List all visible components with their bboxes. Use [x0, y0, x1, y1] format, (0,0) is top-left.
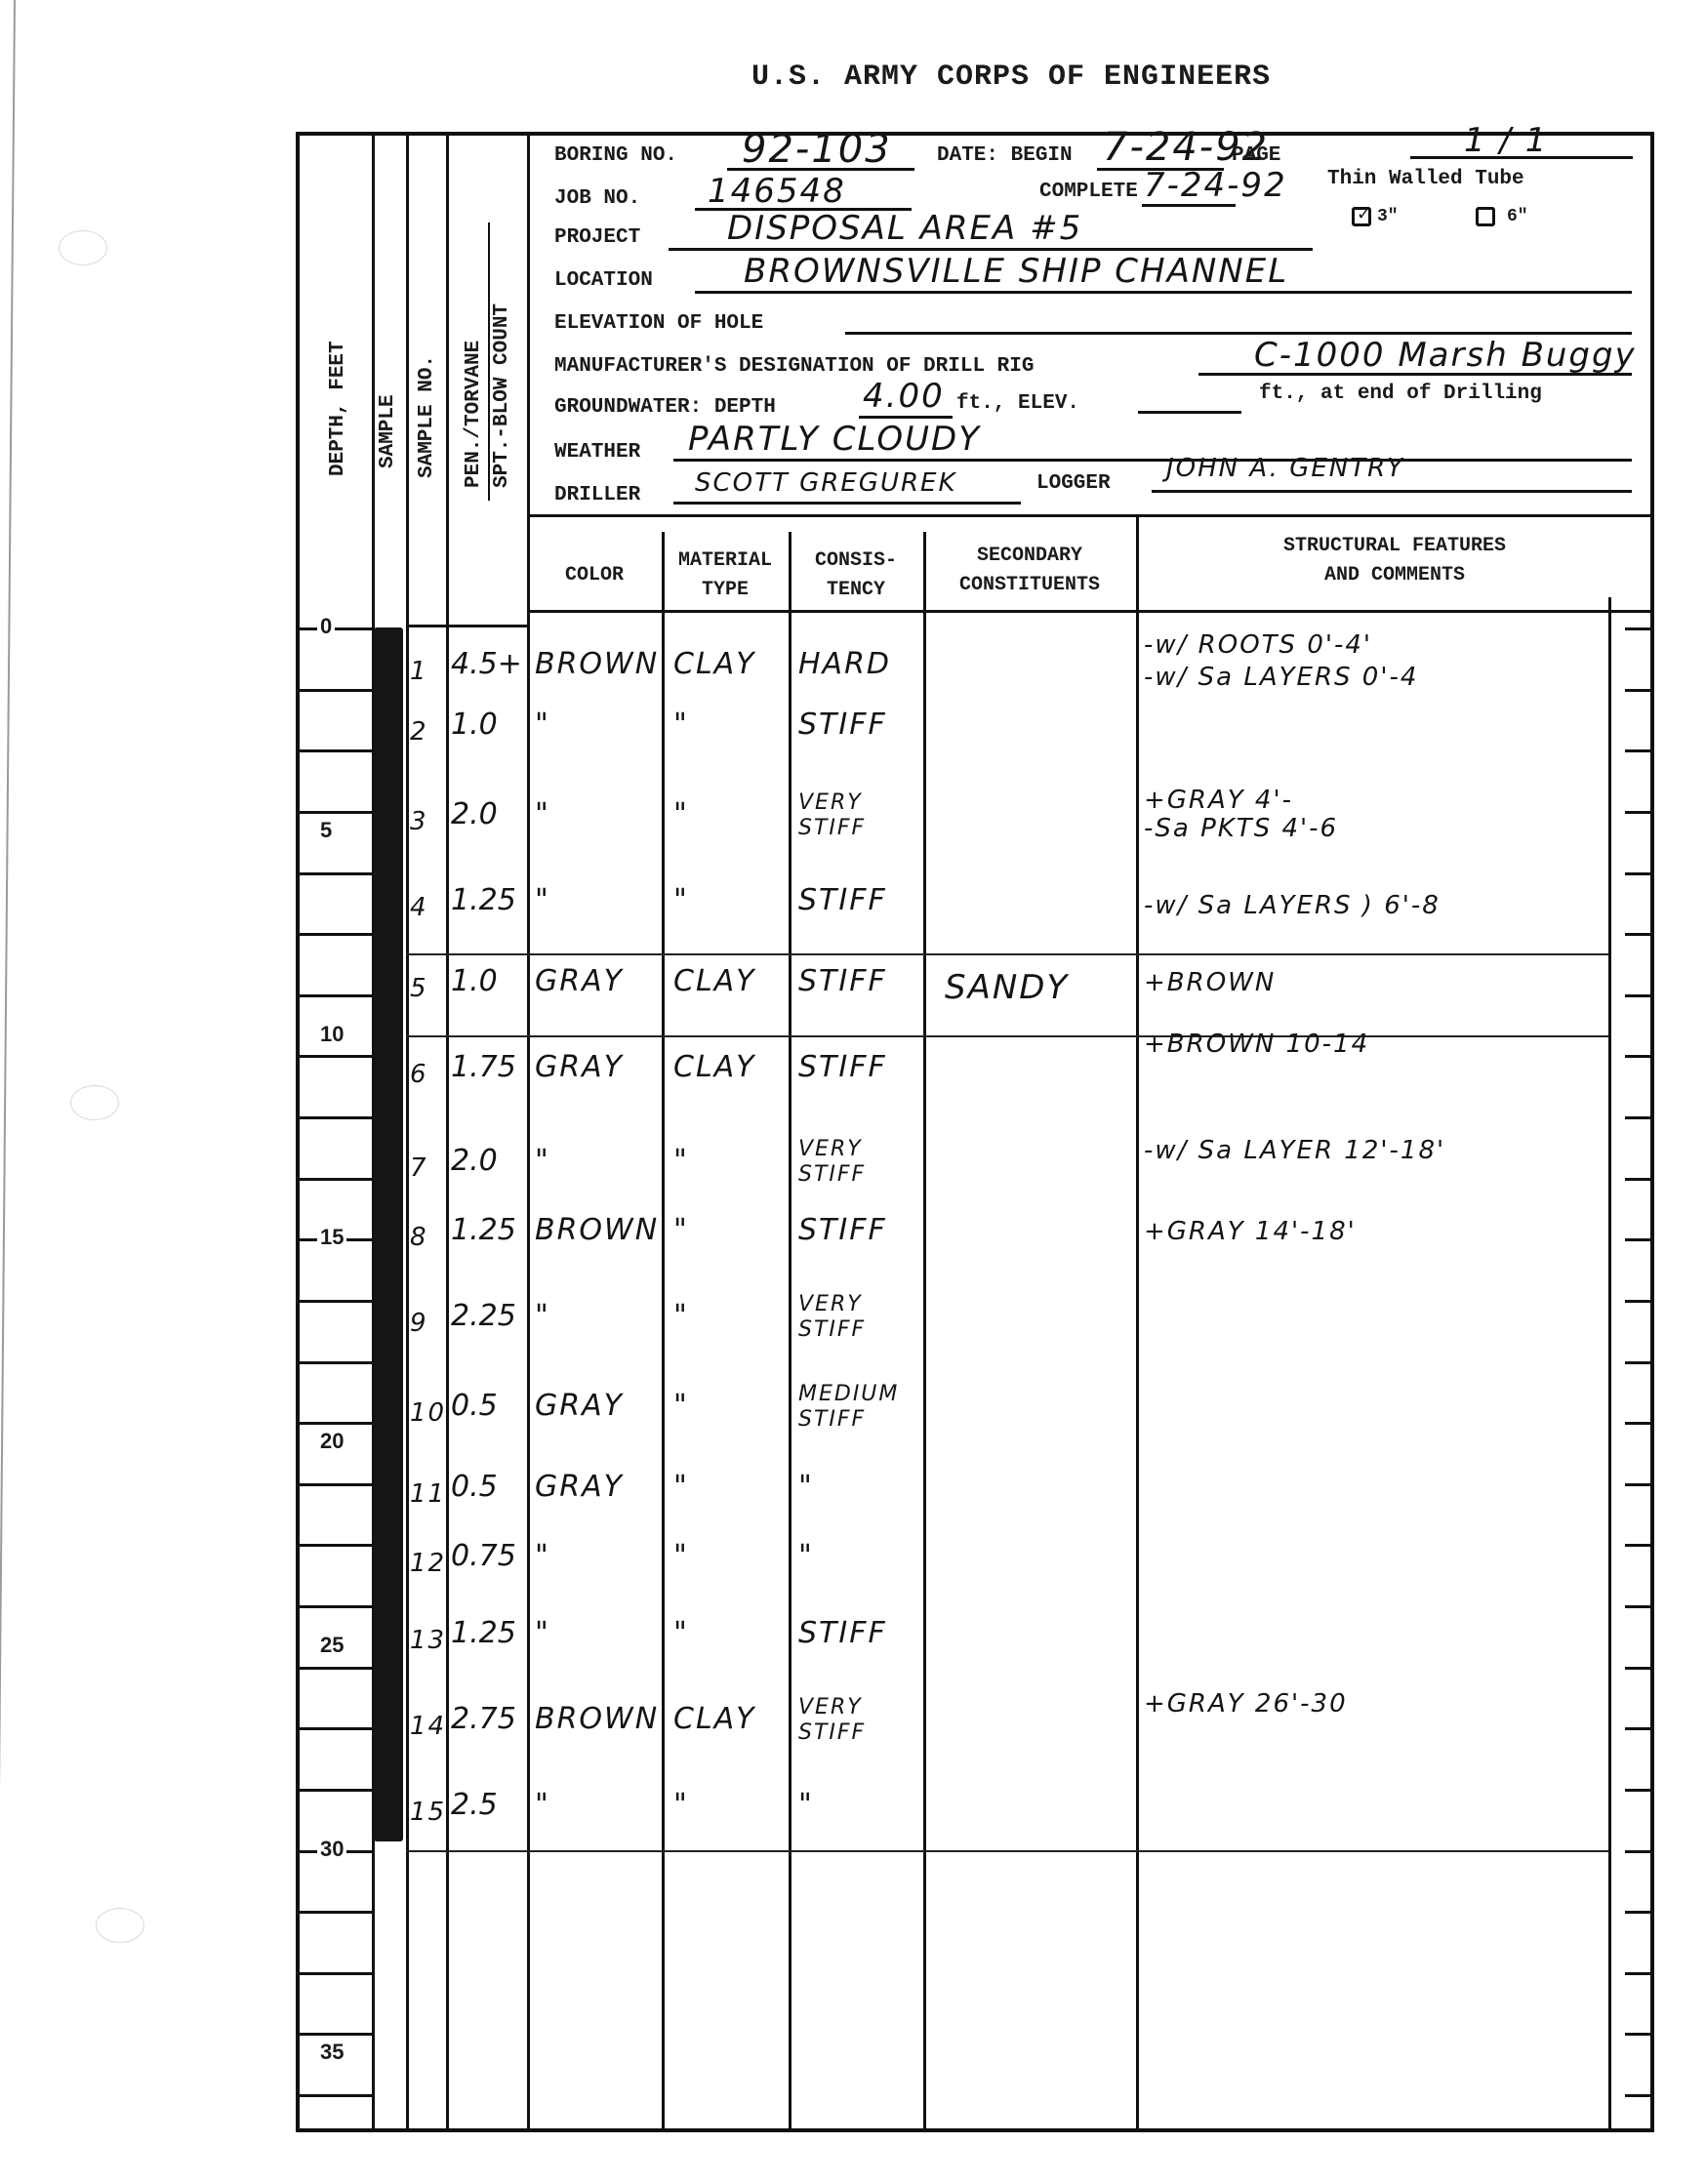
- pen-torvane-value[interactable]: 1.0: [451, 964, 498, 998]
- depth-tick: [1625, 1178, 1652, 1181]
- pen-torvane-value[interactable]: 1.25: [451, 1616, 516, 1650]
- depth-tick: [1625, 1544, 1652, 1547]
- material-type-value[interactable]: CLAY: [673, 964, 756, 998]
- project-value[interactable]: DISPOSAL AREA #5: [727, 209, 1082, 248]
- column-header-pen-torvane: PEN./TORVANE: [463, 341, 485, 488]
- depth-tick: [296, 811, 372, 814]
- secondary-header-line1: SECONDARY: [923, 542, 1136, 571]
- depth-tick: [296, 1727, 372, 1730]
- depth-label: 35: [317, 2040, 346, 2065]
- column-divider: [789, 532, 792, 2132]
- consistency-value[interactable]: STIFF: [798, 1163, 866, 1187]
- depth-tick: [296, 2033, 372, 2036]
- depth-label: 30: [317, 1837, 346, 1862]
- depth-tick: [296, 1667, 372, 1670]
- depth-tick: [1625, 811, 1652, 814]
- column-divider: [1608, 597, 1611, 2132]
- sample-no: 1: [410, 657, 428, 686]
- elevation-label: ELEVATION OF HOLE: [554, 312, 763, 335]
- consistency-value[interactable]: STIFF: [798, 1213, 887, 1247]
- depth-tick: [1625, 1972, 1652, 1975]
- column-header-sample-no: SAMPLE NO.: [416, 355, 438, 478]
- location-label: LOCATION: [554, 269, 653, 292]
- depth-tick: [296, 1300, 372, 1303]
- driller-label: DRILLER: [554, 484, 640, 506]
- consistency-value[interactable]: STIFF: [798, 883, 887, 917]
- pen-torvane-value[interactable]: 2.0: [451, 797, 498, 831]
- depth-tick: [1625, 994, 1652, 997]
- color-value[interactable]: ": [535, 1299, 550, 1333]
- pen-torvane-value[interactable]: 4.5+: [451, 647, 522, 681]
- structural-comment[interactable]: -w/ ROOTS 0'-4': [1144, 630, 1372, 660]
- weather-label: WEATHER: [554, 441, 640, 464]
- drill-rig-value[interactable]: C-1000 Marsh Buggy: [1254, 336, 1637, 375]
- pen-torvane-value[interactable]: 2.25: [451, 1299, 516, 1333]
- depth-tick: [296, 1422, 372, 1425]
- structural-comment[interactable]: +BROWN: [1144, 968, 1276, 997]
- checked-checkbox-icon[interactable]: ✓: [1352, 207, 1371, 226]
- stratum-boundary: [406, 1850, 1608, 1852]
- depth-tick: [1625, 2094, 1652, 2097]
- column-divider: [923, 532, 926, 2132]
- depth-tick: [1625, 1727, 1652, 1730]
- column-divider: [406, 132, 409, 2132]
- tube-6in-option[interactable]: 6": [1476, 207, 1528, 226]
- header-bottom-rule: [527, 514, 1654, 517]
- consistency-value[interactable]: ": [798, 1539, 814, 1573]
- depth-tick: [1625, 1789, 1652, 1792]
- depth-tick: [296, 1544, 372, 1547]
- field-underline: [859, 416, 953, 419]
- column-header-secondary: SECONDARY CONSTITUENTS: [923, 542, 1136, 600]
- column-divider: [446, 132, 449, 2132]
- color-value[interactable]: BROWN: [535, 1213, 659, 1247]
- field-underline: [727, 168, 914, 171]
- consistency-value[interactable]: VERY: [798, 1138, 863, 1161]
- material-type-value[interactable]: ": [673, 1299, 689, 1333]
- field-underline: [673, 502, 1021, 505]
- depth-tick: [1625, 749, 1652, 752]
- color-value[interactable]: GRAY: [535, 1389, 624, 1423]
- depth-label: 15: [317, 1225, 346, 1250]
- sample-no: 14: [410, 1712, 446, 1741]
- consistency-value[interactable]: STIFF: [798, 1050, 887, 1084]
- tube-3in-option[interactable]: ✓ 3": [1352, 207, 1399, 226]
- material-type-value[interactable]: ": [673, 883, 689, 917]
- consistency-value[interactable]: STIFF: [798, 1318, 866, 1342]
- pen-torvane-value[interactable]: 2.0: [451, 1144, 498, 1178]
- material-type-value[interactable]: ": [673, 1616, 689, 1650]
- field-underline: [1138, 411, 1241, 414]
- tube-3in-label: 3": [1377, 207, 1399, 226]
- depth-tick: [296, 1972, 372, 1975]
- structural-comment[interactable]: -Sa PKTS 4'-6: [1144, 814, 1338, 843]
- structural-comment[interactable]: +BROWN 10-14: [1144, 1030, 1369, 1059]
- material-type-value[interactable]: ": [673, 797, 689, 831]
- depth-tick: [1625, 872, 1652, 875]
- job-no-label: JOB NO.: [554, 187, 640, 210]
- consistency-value[interactable]: HARD: [798, 647, 891, 681]
- sample-no: 5: [410, 974, 428, 1003]
- depth-label: 10: [317, 1022, 346, 1047]
- groundwater-depth-value[interactable]: 4.00: [863, 377, 945, 416]
- consistency-value[interactable]: MEDIUM: [798, 1383, 899, 1406]
- groundwater-unit-label: ft., ELEV.: [956, 392, 1079, 415]
- consistency-value[interactable]: STIFF: [798, 1616, 887, 1650]
- structural-comment[interactable]: -w/ Sa LAYERS 0'-4: [1144, 663, 1418, 692]
- fraction-bar: [488, 222, 490, 501]
- tube-6in-label: 6": [1507, 207, 1528, 226]
- color-value[interactable]: BROWN: [535, 647, 659, 681]
- depth-tick: [296, 1055, 372, 1058]
- depth-tick: [1625, 2033, 1652, 2036]
- pen-torvane-value[interactable]: 1.0: [451, 708, 498, 742]
- material-type-value[interactable]: ": [673, 708, 689, 742]
- field-underline: [695, 291, 1632, 294]
- depth-label: 25: [317, 1633, 346, 1658]
- depth-tick: [296, 1911, 372, 1914]
- consistency-header-line1: CONSIS-: [789, 546, 923, 576]
- depth-tick: [1625, 1422, 1652, 1425]
- depth-tick: [296, 1789, 372, 1792]
- column-header-material-type: MATERIAL TYPE: [662, 546, 789, 605]
- depth-tick: [296, 1361, 372, 1364]
- consistency-value[interactable]: STIFF: [798, 1721, 866, 1745]
- depth-tick: [1625, 1483, 1652, 1486]
- sample-no: 3: [410, 807, 428, 836]
- field-underline: [673, 459, 1632, 462]
- material-type-value[interactable]: CLAY: [673, 1702, 756, 1736]
- depth-tick: [1625, 1361, 1652, 1364]
- material-type-value[interactable]: ": [673, 1539, 689, 1573]
- color-value[interactable]: ": [535, 1539, 550, 1573]
- structural-header-line1: STRUCTURAL FEATURES: [1136, 532, 1653, 561]
- depth-tick: [1625, 1850, 1652, 1853]
- sample-no: 11: [410, 1479, 446, 1509]
- sampled-interval-bar: [374, 627, 403, 1841]
- drill-rig-label: MANUFACTURER'S DESIGNATION OF DRILL RIG: [554, 355, 1034, 378]
- secondary-constituents-value[interactable]: SANDY: [945, 968, 1069, 1007]
- date-begin-label: DATE: BEGIN: [937, 144, 1073, 167]
- consistency-value[interactable]: STIFF: [798, 817, 866, 840]
- column-header-consistency: CONSIS- TENCY: [789, 546, 923, 605]
- structural-header-line2: AND COMMENTS: [1136, 561, 1653, 590]
- structural-comment[interactable]: +GRAY 4'-: [1144, 786, 1293, 815]
- field-underline: [1152, 490, 1632, 493]
- structural-comment[interactable]: +GRAY 14'-18': [1144, 1217, 1357, 1246]
- color-value[interactable]: GRAY: [535, 1050, 624, 1084]
- pen-torvane-value[interactable]: 1.25: [451, 1213, 516, 1247]
- depth-label: 20: [317, 1429, 346, 1454]
- page-value[interactable]: 1 / 1: [1464, 121, 1548, 160]
- sample-no: 2: [410, 717, 428, 747]
- consistency-value[interactable]: STIFF: [798, 964, 887, 998]
- color-value[interactable]: BROWN: [535, 1702, 659, 1736]
- consistency-value[interactable]: VERY: [798, 1293, 863, 1316]
- field-underline: [845, 332, 1632, 335]
- sample-no: 4: [410, 893, 428, 922]
- field-underline: [1410, 156, 1633, 159]
- boring-no-label: BORING NO.: [554, 144, 677, 167]
- structural-comment[interactable]: -w/ Sa LAYERS ) 6'-8: [1144, 891, 1441, 920]
- material-header-line1: MATERIAL: [662, 546, 789, 576]
- pen-torvane-value[interactable]: 2.75: [451, 1702, 516, 1736]
- driller-value[interactable]: SCOTT GREGUREK: [695, 468, 957, 498]
- depth-tick: [1625, 1116, 1652, 1119]
- project-label: PROJECT: [554, 226, 640, 249]
- depth-tick: [1625, 1055, 1652, 1058]
- stratum-boundary: [406, 1035, 1608, 1037]
- depth-tick: [1625, 1300, 1652, 1303]
- sample-no: 12: [410, 1549, 446, 1578]
- consistency-value[interactable]: STIFF: [798, 1408, 866, 1432]
- depth-label: 5: [317, 818, 335, 843]
- field-underline: [1142, 204, 1236, 207]
- depth-tick: [1625, 1911, 1652, 1914]
- column-header-color: COLOR: [527, 561, 662, 590]
- page-edge: [0, 0, 16, 2184]
- color-value[interactable]: ": [535, 1788, 550, 1822]
- hole-punch: [96, 1908, 144, 1943]
- material-type-value[interactable]: ": [673, 1470, 689, 1504]
- column-header-bottom-rule: [527, 610, 1654, 613]
- material-header-line2: TYPE: [662, 576, 789, 605]
- material-type-value[interactable]: ": [673, 1144, 689, 1178]
- depth-tick: [296, 933, 372, 936]
- material-type-value[interactable]: CLAY: [673, 1050, 756, 1084]
- logger-label: LOGGER: [1036, 472, 1111, 495]
- stratum-boundary: [406, 953, 1608, 955]
- hole-punch: [59, 230, 107, 265]
- pen-torvane-value[interactable]: 1.75: [451, 1050, 516, 1084]
- depth-tick: [296, 1483, 372, 1486]
- depth-tick: [1625, 933, 1652, 936]
- boring-no-value[interactable]: 92-103: [742, 127, 892, 172]
- checkbox-icon[interactable]: [1476, 207, 1495, 226]
- sample-no: 10: [410, 1398, 446, 1428]
- job-no-value[interactable]: 146548: [708, 172, 846, 211]
- depth-tick: [296, 1605, 372, 1608]
- color-value[interactable]: GRAY: [535, 964, 624, 998]
- color-value[interactable]: ": [535, 797, 550, 831]
- field-underline: [1198, 373, 1632, 376]
- depth-label: 0: [317, 614, 335, 639]
- depth-tick: [296, 689, 372, 692]
- consistency-value[interactable]: ": [798, 1470, 814, 1504]
- pen-torvane-value[interactable]: 1.25: [451, 883, 516, 917]
- consistency-value[interactable]: VERY: [798, 791, 863, 815]
- depth-tick: [296, 994, 372, 997]
- sample-no: 7: [410, 1153, 428, 1183]
- depth-tick: [1625, 1605, 1652, 1608]
- material-type-value[interactable]: ": [673, 1389, 689, 1423]
- color-value[interactable]: ": [535, 708, 550, 742]
- column-header-sample: SAMPLE: [377, 394, 399, 468]
- structural-comment[interactable]: +GRAY 26'-30: [1144, 1689, 1348, 1719]
- document-title: U.S. ARMY CORPS OF ENGINEERS: [751, 61, 1271, 94]
- weather-value[interactable]: PARTLY CLOUDY: [688, 420, 981, 459]
- depth-tick: [296, 872, 372, 875]
- sample-no: 15: [410, 1798, 446, 1827]
- logger-value[interactable]: JOHN A. GENTRY: [1166, 454, 1404, 483]
- pen-torvane-value[interactable]: 2.5: [451, 1788, 498, 1822]
- pen-torvane-value[interactable]: 0.75: [451, 1539, 516, 1573]
- field-underline: [669, 248, 1313, 251]
- color-value[interactable]: ": [535, 1616, 550, 1650]
- zero-rule: [406, 625, 527, 627]
- hole-punch: [70, 1085, 119, 1120]
- color-value[interactable]: GRAY: [535, 1470, 624, 1504]
- column-header-depth: DEPTH, FEET: [327, 341, 349, 476]
- location-value[interactable]: BROWNSVILLE SHIP CHANNEL: [744, 252, 1288, 291]
- groundwater-end-label: ft., at end of Drilling: [1259, 383, 1542, 405]
- depth-tick: [1625, 1238, 1652, 1241]
- consistency-value[interactable]: ": [798, 1788, 814, 1822]
- material-type-value[interactable]: ": [673, 1788, 689, 1822]
- consistency-value[interactable]: VERY: [798, 1696, 863, 1719]
- column-divider: [1136, 517, 1139, 2132]
- column-divider: [662, 532, 665, 2132]
- pen-torvane-value[interactable]: 0.5: [451, 1470, 498, 1504]
- depth-tick: [1625, 627, 1652, 630]
- depth-tick: [1625, 1667, 1652, 1670]
- depth-tick: [1625, 689, 1652, 692]
- depth-tick: [296, 1116, 372, 1119]
- consistency-value[interactable]: STIFF: [798, 708, 887, 742]
- column-divider: [527, 132, 530, 2132]
- structural-comment[interactable]: -w/ Sa LAYER 12'-18': [1144, 1136, 1445, 1165]
- depth-tick: [296, 1178, 372, 1181]
- sample-no: 8: [410, 1223, 428, 1252]
- color-value[interactable]: ": [535, 883, 550, 917]
- pen-torvane-value[interactable]: 0.5: [451, 1389, 498, 1423]
- depth-tick: [296, 749, 372, 752]
- groundwater-label: GROUNDWATER: DEPTH: [554, 396, 776, 419]
- material-type-value[interactable]: CLAY: [673, 647, 756, 681]
- page-label: PAGE: [1232, 144, 1280, 167]
- color-value[interactable]: ": [535, 1144, 550, 1178]
- consistency-header-line2: TENCY: [789, 576, 923, 605]
- tube-label: Thin Walled Tube: [1327, 168, 1524, 190]
- date-complete-label: COMPLETE: [1039, 181, 1138, 203]
- secondary-header-line2: CONSTITUENTS: [923, 571, 1136, 600]
- column-header-spt-blow-count: SPT.-BLOW COUNT: [491, 303, 513, 488]
- sample-no: 6: [410, 1060, 428, 1089]
- depth-tick: [296, 2094, 372, 2097]
- sample-no: 13: [410, 1626, 446, 1655]
- column-header-structural: STRUCTURAL FEATURES AND COMMENTS: [1136, 532, 1653, 590]
- material-type-value[interactable]: ": [673, 1213, 689, 1247]
- date-complete-value[interactable]: 7-24-92: [1144, 166, 1287, 205]
- sample-no: 9: [410, 1309, 428, 1338]
